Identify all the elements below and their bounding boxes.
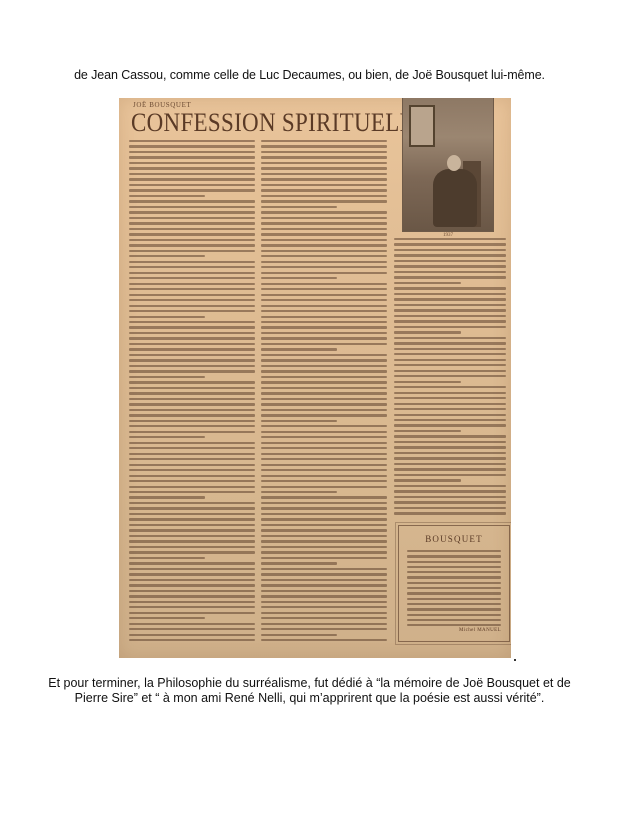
text-line	[394, 243, 506, 245]
text-line	[261, 425, 387, 427]
text-line	[261, 156, 387, 158]
text-line	[129, 617, 205, 619]
text-line	[129, 156, 255, 158]
text-line	[129, 145, 255, 147]
text-line	[261, 403, 387, 405]
article-column-1	[129, 140, 255, 648]
text-line	[394, 271, 506, 273]
text-line	[129, 496, 205, 498]
text-line	[261, 228, 387, 230]
text-line	[261, 261, 387, 263]
text-line	[129, 431, 255, 433]
text-line	[261, 348, 337, 350]
text-line	[394, 254, 506, 256]
text-line	[129, 343, 255, 345]
text-line	[261, 184, 387, 186]
text-line	[261, 233, 387, 235]
text-line	[261, 557, 387, 559]
text-line	[129, 595, 255, 597]
text-line	[394, 435, 506, 437]
text-line	[394, 326, 506, 328]
text-line	[261, 617, 387, 619]
text-line	[129, 140, 255, 142]
text-line	[129, 529, 255, 531]
text-line	[129, 491, 255, 493]
text-line	[261, 140, 387, 142]
text-line	[129, 250, 255, 252]
bousquet-sidebar-box: BOUSQUET Michel MANUEL	[398, 525, 510, 642]
text-line	[129, 513, 255, 515]
text-line	[394, 386, 506, 388]
text-line	[394, 309, 506, 311]
text-line	[261, 222, 387, 224]
text-line	[394, 293, 506, 295]
text-line	[129, 628, 255, 630]
text-line	[261, 529, 387, 531]
text-line	[261, 623, 387, 625]
stray-mark	[514, 659, 516, 661]
text-line	[261, 195, 387, 197]
text-line	[129, 222, 255, 224]
text-line	[407, 561, 501, 563]
text-line	[129, 409, 255, 411]
text-line	[129, 518, 255, 520]
text-line	[129, 206, 255, 208]
text-line	[394, 304, 506, 306]
text-line	[261, 305, 387, 307]
text-line	[261, 294, 387, 296]
text-line	[129, 310, 255, 312]
text-line	[129, 573, 255, 575]
text-line	[261, 475, 387, 477]
text-line	[261, 573, 387, 575]
text-line	[129, 464, 255, 466]
text-line	[394, 348, 506, 350]
text-line	[129, 299, 255, 301]
text-line	[129, 173, 255, 175]
text-line	[261, 277, 337, 279]
text-line	[261, 409, 387, 411]
photo-wall-frame	[409, 105, 435, 147]
text-line	[407, 555, 501, 557]
caption-bottom: Et pour terminer, la Philosophie du surr…	[40, 676, 579, 706]
caption-top: de Jean Cassou, comme celle de Luc Decau…	[0, 68, 619, 82]
text-line	[394, 430, 461, 432]
text-line	[394, 507, 506, 509]
text-line	[261, 173, 387, 175]
text-line	[129, 332, 255, 334]
text-line	[129, 540, 255, 542]
text-line	[129, 178, 255, 180]
text-line	[129, 365, 255, 367]
text-line	[129, 376, 205, 378]
text-line	[261, 453, 387, 455]
text-line	[394, 408, 506, 410]
text-line	[261, 217, 387, 219]
text-line	[261, 244, 387, 246]
text-line	[129, 568, 255, 570]
text-line	[394, 463, 506, 465]
text-line	[129, 535, 255, 537]
text-line	[129, 590, 255, 592]
text-line	[129, 283, 255, 285]
photo-figure-body	[433, 169, 477, 227]
text-line	[129, 392, 255, 394]
text-line	[261, 239, 387, 241]
text-line	[129, 601, 255, 603]
article-signature: Michel MANUEL	[459, 628, 501, 633]
text-line	[407, 582, 501, 584]
text-line	[394, 315, 506, 317]
text-line	[261, 436, 387, 438]
text-line	[261, 310, 387, 312]
text-line	[129, 606, 255, 608]
text-line	[129, 321, 255, 323]
text-line	[261, 354, 387, 356]
text-line	[394, 276, 506, 278]
text-line	[129, 316, 205, 318]
text-line	[394, 375, 506, 377]
text-line	[394, 468, 506, 470]
text-line	[129, 469, 255, 471]
text-line	[261, 513, 387, 515]
text-line	[394, 474, 506, 476]
text-line	[129, 326, 255, 328]
text-line	[261, 447, 387, 449]
text-line	[261, 398, 387, 400]
text-line	[261, 458, 387, 460]
text-line	[261, 601, 387, 603]
text-line	[261, 376, 387, 378]
text-line	[394, 260, 506, 262]
text-line	[394, 441, 506, 443]
text-line	[394, 414, 506, 416]
text-line	[261, 332, 387, 334]
text-line	[407, 592, 501, 594]
text-line	[394, 446, 506, 448]
text-line	[129, 480, 255, 482]
text-line	[394, 496, 506, 498]
text-line	[129, 584, 255, 586]
text-line	[407, 619, 501, 621]
text-line	[129, 398, 255, 400]
text-line	[394, 419, 506, 421]
text-line	[129, 507, 255, 509]
text-line	[407, 603, 501, 605]
text-line	[261, 584, 387, 586]
text-line	[261, 250, 387, 252]
text-line	[261, 266, 387, 268]
photo-figure-head	[447, 155, 461, 171]
text-line	[129, 562, 255, 564]
text-line	[129, 244, 255, 246]
text-line	[394, 298, 506, 300]
text-line	[129, 239, 255, 241]
text-line	[261, 562, 337, 564]
text-line	[407, 550, 501, 552]
text-line	[261, 255, 387, 257]
text-line	[261, 507, 387, 509]
text-line	[261, 639, 387, 641]
text-line	[261, 414, 387, 416]
text-line	[129, 546, 255, 548]
text-line	[394, 370, 506, 372]
text-line	[261, 321, 387, 323]
text-line	[129, 420, 255, 422]
text-line	[261, 496, 387, 498]
text-line	[261, 370, 387, 372]
text-line	[129, 167, 255, 169]
text-line	[261, 387, 387, 389]
text-line	[261, 326, 387, 328]
text-line	[129, 502, 255, 504]
text-line	[261, 283, 387, 285]
text-line	[129, 195, 205, 197]
text-line	[129, 475, 255, 477]
text-line	[394, 452, 506, 454]
text-line	[261, 634, 337, 636]
text-line	[129, 272, 255, 274]
article-column-2	[261, 140, 387, 648]
text-line	[394, 392, 506, 394]
text-line	[261, 365, 387, 367]
text-line	[129, 579, 255, 581]
text-line	[261, 151, 387, 153]
text-line	[261, 568, 387, 570]
text-line	[261, 420, 337, 422]
text-line	[407, 624, 501, 626]
text-line	[261, 480, 387, 482]
text-line	[261, 486, 387, 488]
text-line	[394, 381, 461, 383]
text-line	[261, 167, 387, 169]
text-line	[129, 348, 255, 350]
text-line	[394, 353, 506, 355]
text-line	[261, 189, 387, 191]
text-line	[129, 414, 255, 416]
text-line	[394, 337, 506, 339]
text-line	[129, 151, 255, 153]
text-line	[261, 288, 387, 290]
text-line	[129, 442, 255, 444]
text-line	[261, 431, 387, 433]
text-line	[394, 424, 506, 426]
text-line	[261, 145, 387, 147]
article-headline: CONFESSION SPIRITUELLE	[131, 108, 428, 138]
text-line	[261, 200, 387, 202]
text-line	[129, 354, 255, 356]
text-line	[394, 238, 506, 240]
portrait-photo	[402, 98, 494, 232]
text-line	[261, 337, 387, 339]
text-line	[129, 387, 255, 389]
text-line	[394, 457, 506, 459]
text-line	[261, 206, 337, 208]
text-line	[394, 320, 506, 322]
text-line	[394, 479, 461, 481]
text-line	[261, 612, 387, 614]
text-line	[129, 228, 255, 230]
text-line	[407, 587, 501, 589]
text-line	[129, 524, 255, 526]
text-line	[261, 502, 387, 504]
text-line	[394, 331, 461, 333]
text-line	[261, 178, 387, 180]
text-line	[394, 485, 506, 487]
text-line	[129, 305, 255, 307]
text-line	[261, 381, 387, 383]
text-line	[129, 557, 205, 559]
article-column-3	[394, 238, 506, 520]
sidebar-box-text	[407, 550, 501, 626]
text-line	[129, 255, 205, 257]
text-line	[261, 551, 387, 553]
text-line	[394, 359, 506, 361]
text-line	[129, 337, 255, 339]
text-line	[407, 614, 501, 616]
text-line	[261, 518, 387, 520]
text-line	[261, 464, 387, 466]
text-line	[261, 316, 387, 318]
text-line	[261, 343, 387, 345]
text-line	[261, 469, 387, 471]
text-line	[261, 535, 387, 537]
text-line	[407, 571, 501, 573]
text-line	[129, 184, 255, 186]
text-line	[129, 370, 255, 372]
text-line	[129, 189, 255, 191]
text-line	[407, 576, 501, 578]
text-line	[129, 436, 205, 438]
text-line	[129, 266, 255, 268]
text-line	[261, 211, 387, 213]
text-line	[129, 381, 255, 383]
text-line	[394, 265, 506, 267]
text-line	[394, 342, 506, 344]
text-line	[261, 162, 387, 164]
text-line	[261, 299, 387, 301]
text-line	[129, 211, 255, 213]
text-line	[129, 200, 255, 202]
text-line	[261, 590, 387, 592]
text-line	[129, 261, 255, 263]
text-line	[394, 282, 461, 284]
newspaper-clipping: JOË BOUSQUET CONFESSION SPIRITUELLE 1937…	[119, 98, 511, 658]
text-line	[394, 397, 506, 399]
text-line	[261, 546, 387, 548]
text-line	[261, 491, 337, 493]
text-line	[261, 524, 387, 526]
text-line	[129, 425, 255, 427]
text-line	[394, 512, 506, 514]
text-line	[261, 579, 387, 581]
sidebar-box-title: BOUSQUET	[399, 534, 509, 544]
text-line	[129, 288, 255, 290]
text-line	[261, 606, 387, 608]
text-line	[129, 623, 255, 625]
text-line	[394, 490, 506, 492]
text-line	[394, 287, 506, 289]
text-line	[394, 501, 506, 503]
text-line	[129, 551, 255, 553]
text-line	[261, 272, 387, 274]
text-line	[261, 442, 387, 444]
text-line	[129, 612, 255, 614]
text-line	[261, 359, 387, 361]
text-line	[129, 217, 255, 219]
text-line	[129, 634, 255, 636]
text-line	[129, 458, 255, 460]
text-line	[407, 598, 501, 600]
text-line	[129, 403, 255, 405]
text-line	[261, 628, 387, 630]
text-line	[129, 447, 255, 449]
text-line	[407, 566, 501, 568]
text-line	[261, 595, 387, 597]
text-line	[394, 403, 506, 405]
text-line	[129, 486, 255, 488]
text-line	[129, 277, 255, 279]
text-line	[394, 249, 506, 251]
text-line	[129, 162, 255, 164]
text-line	[261, 540, 387, 542]
text-line	[394, 364, 506, 366]
text-line	[261, 392, 387, 394]
text-line	[129, 639, 255, 641]
text-line	[129, 233, 255, 235]
text-line	[407, 608, 501, 610]
text-line	[129, 294, 255, 296]
text-line	[129, 359, 255, 361]
text-line	[129, 453, 255, 455]
